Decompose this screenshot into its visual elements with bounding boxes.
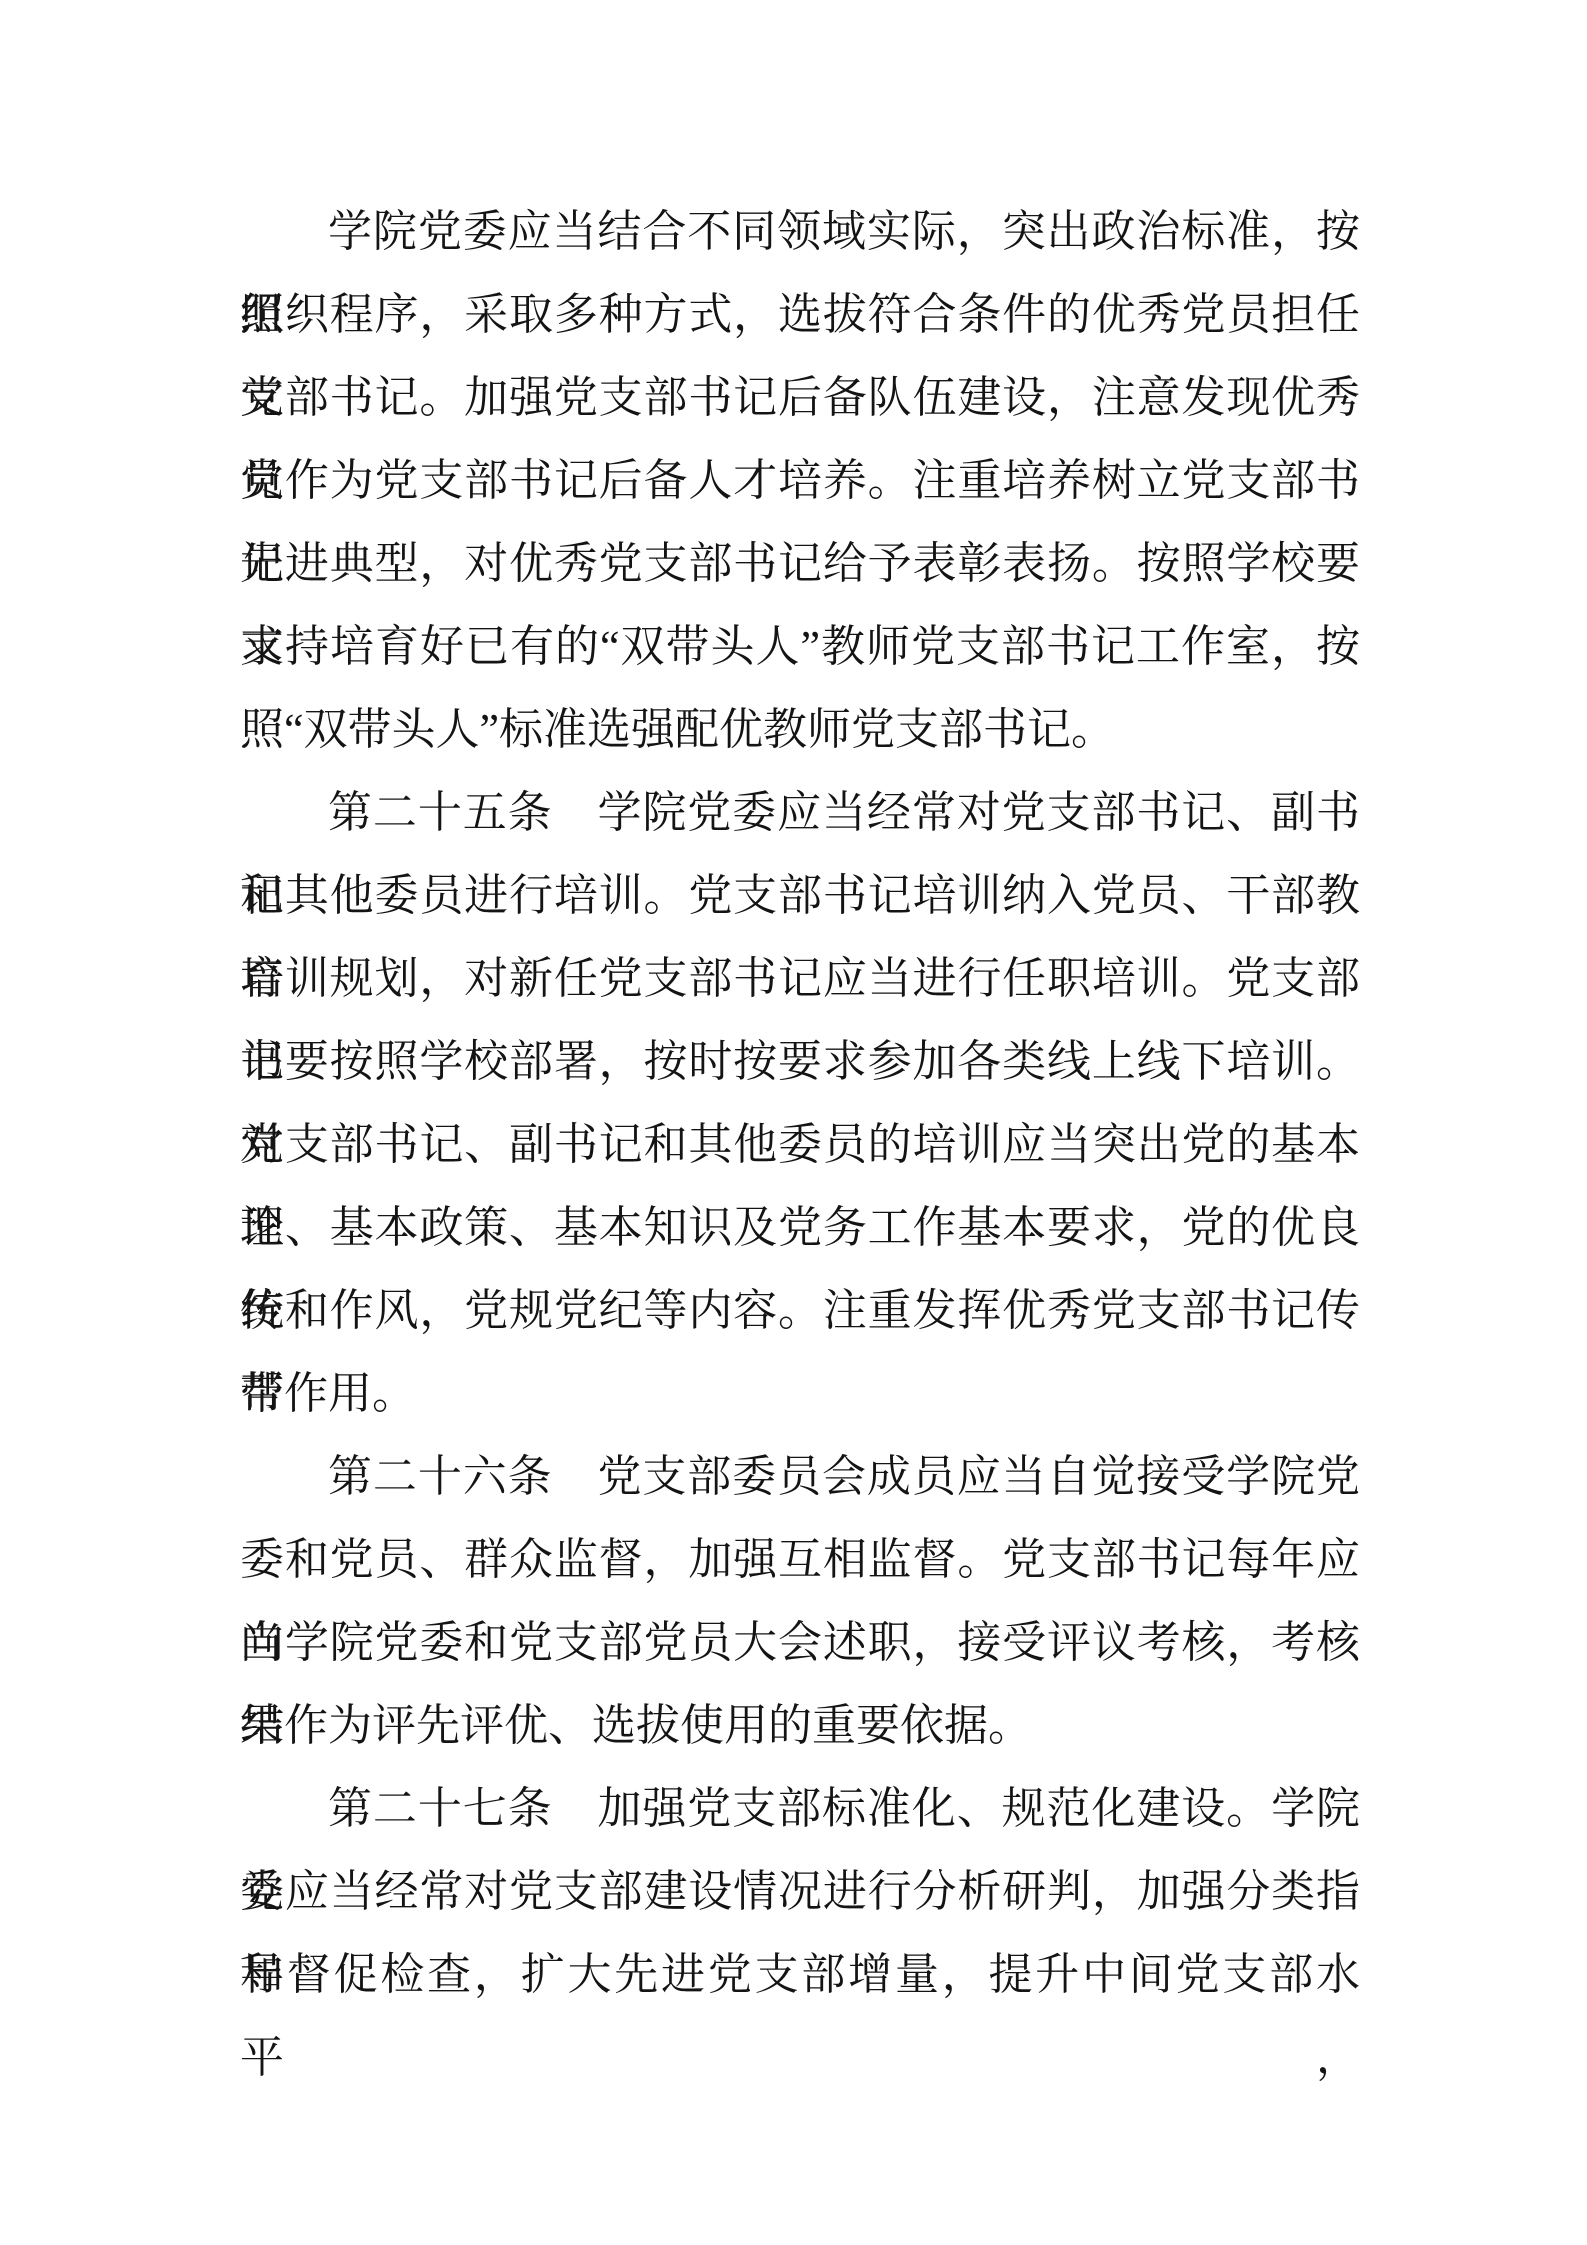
text-line: 记要按照学校部署，按时按要求参加各类线上线下培训。对 [240, 1020, 1360, 1103]
text-line-article-25: 第二十五条 学院党委应当经常对党支部书记、副书记 [240, 771, 1360, 854]
text-line-article-27: 第二十七条 加强党支部标准化、规范化建设。学院党 [240, 1767, 1360, 1850]
text-line: 员作为党支部书记后备人才培养。注重培养树立党支部书记 [240, 439, 1360, 522]
text-line: 培训规划，对新任党支部书记应当进行任职培训。党支部书 [240, 937, 1360, 1020]
text-line: 支持培育好已有的“双带头人”教师党支部书记工作室，按 [240, 605, 1360, 688]
text-line: 委和党员、群众监督，加强互相监督。党支部书记每年应当 [240, 1518, 1360, 1601]
text-line: 学院党委应当结合不同领域实际，突出政治标准，按照 [240, 190, 1360, 273]
text-line-article-26: 第二十六条 党支部委员会成员应当自觉接受学院党 [240, 1435, 1360, 1518]
text-line: 向学院党委和党支部党员大会述职，接受评议考核，考核结 [240, 1601, 1360, 1684]
text-line: 和督促检查，扩大先进党支部增量，提升中间党支部水平， [240, 1933, 1360, 2016]
text-line: 和其他委员进行培训。党支部书记培训纳入党员、干部教育 [240, 854, 1360, 937]
text-line: 照“双带头人”标准选强配优教师党支部书记。 [240, 688, 1360, 771]
text-line: 委应当经常对党支部建设情况进行分析研判，加强分类指导 [240, 1850, 1360, 1933]
text-line: 果作为评先评优、选拔使用的重要依据。 [240, 1684, 1360, 1767]
text-line: 先进典型，对优秀党支部书记给予表彰表扬。按照学校要求 [240, 522, 1360, 605]
text-line: 支部书记。加强党支部书记后备队伍建设，注意发现优秀党 [240, 356, 1360, 439]
text-line: 统和作风，党规党纪等内容。注重发挥优秀党支部书记传帮 [240, 1269, 1360, 1352]
text-line: 带作用。 [240, 1352, 1360, 1435]
document-page: 学院党委应当结合不同领域实际，突出政治标准，按照 组织程序，采取多种方式，选拔符… [0, 0, 1587, 2245]
text-line: 论、基本政策、基本知识及党务工作基本要求，党的优良传 [240, 1186, 1360, 1269]
text-line: 党支部书记、副书记和其他委员的培训应当突出党的基本理 [240, 1103, 1360, 1186]
text-line: 组织程序，采取多种方式，选拔符合条件的优秀党员担任党 [240, 273, 1360, 356]
document-text-block: 学院党委应当结合不同领域实际，突出政治标准，按照 组织程序，采取多种方式，选拔符… [240, 190, 1360, 2016]
